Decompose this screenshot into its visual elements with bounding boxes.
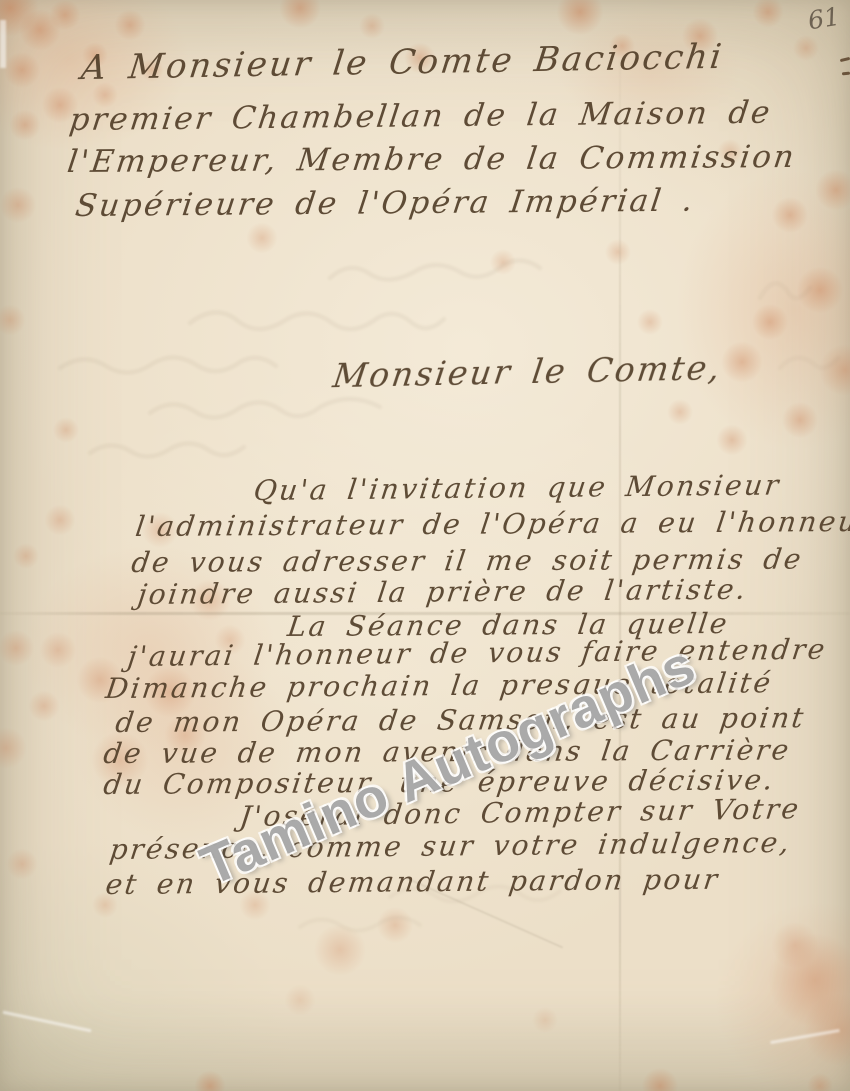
body-line: et en vous demandant pardon pour	[104, 863, 722, 901]
body-line: l'administrateur de l'Opéra a eu l'honne…	[134, 505, 850, 543]
salutation: Monsieur le Comte,	[331, 348, 725, 395]
address-line-4: Supérieure de l'Opéra Impérial .	[73, 183, 697, 224]
body-line: Qu'a l'invitation que Monsieur	[252, 468, 783, 507]
edge-scratch-topleft	[0, 20, 6, 68]
address-line-2: premier Chambellan de la Maison de	[67, 95, 774, 138]
body-line: joindre aussi la prière de l'artiste.	[136, 573, 750, 611]
address-line-3: l'Empereur, Membre de la Commission	[65, 139, 798, 180]
body-line: Dimanche prochain la presque totalité	[104, 666, 775, 705]
page-number-pencil: 61	[806, 2, 842, 36]
